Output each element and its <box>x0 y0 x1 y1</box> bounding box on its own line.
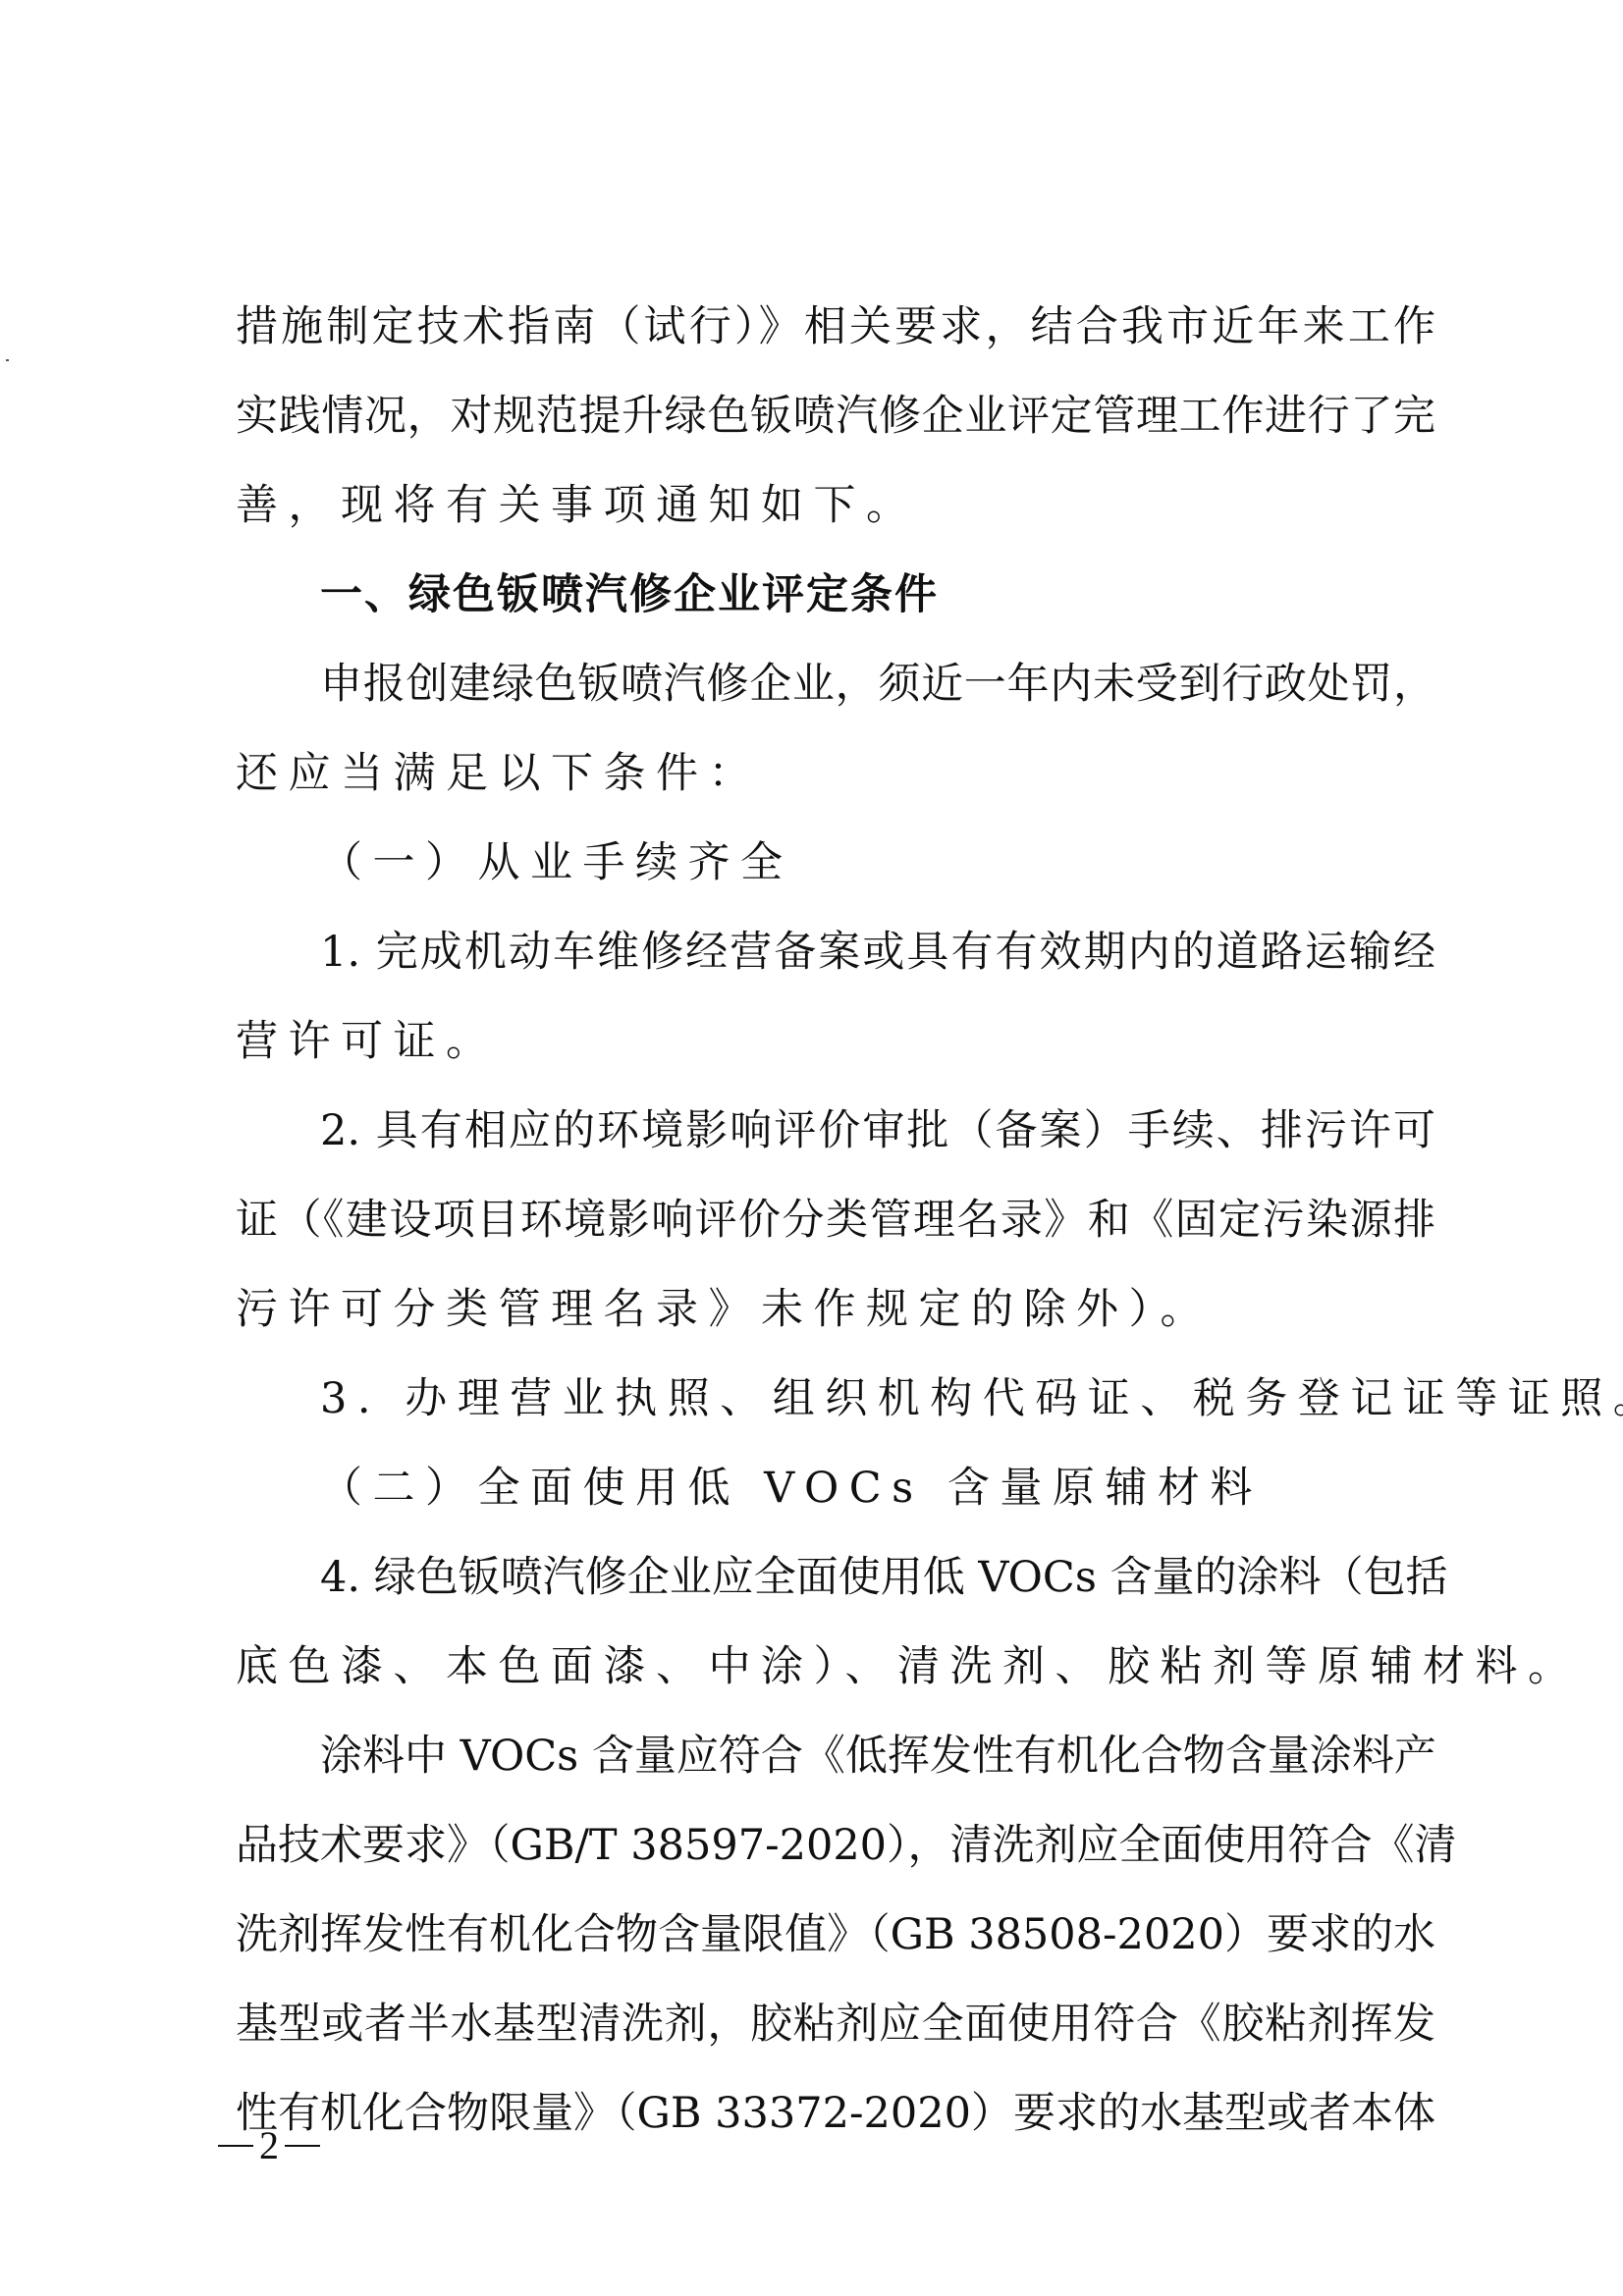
text-line: 底色漆、本色面漆、中涂）、清洗剂、胶粘剂等原辅材料。 <box>236 1623 1435 1712</box>
text-line: 洗剂挥发性有机化合物含量限值》（GB 38508-2020）要求的水 <box>236 1891 1435 1980</box>
document-page: 措施制定技术指南（试行）》相关要求，结合我市近年来工作 实践情况，对规范提升绿色… <box>0 0 1623 2296</box>
list-item-line: 4. 绿色钣喷汽修企业应全面使用低 VOCs 含量的涂料（包括 <box>236 1533 1435 1623</box>
text-line: 营许可证。 <box>236 997 1435 1087</box>
text-line: 申报创建绿色钣喷汽修企业，须近一年内未受到行政处罚， <box>236 640 1435 729</box>
text-line: 污许可分类管理名录》未作规定的除外）。 <box>236 1265 1435 1355</box>
scan-margin-mark <box>6 359 9 361</box>
subsection-heading: （一）从业手续齐全 <box>236 819 1435 908</box>
section-heading: 一、绿色钣喷汽修企业评定条件 <box>236 551 1435 640</box>
text-line: 品技术要求》（GB/T 38597-2020），清洗剂应全面使用符合《清 <box>236 1801 1435 1891</box>
list-item-line: 2. 具有相应的环境影响评价审批（备案）手续、排污许可 <box>236 1087 1435 1176</box>
text-line: 证（《建设项目环境影响评价分类管理名录》和《固定污染源排 <box>236 1176 1435 1265</box>
text-line: 性有机化合物限量》（GB 33372-2020）要求的水基型或者本体 <box>236 2069 1435 2159</box>
page-number-right-dash <box>285 2145 320 2147</box>
text-line: 基型或者半水基型清洗剂，胶粘剂应全面使用符合《胶粘剂挥发 <box>236 1980 1435 2069</box>
text-line: 实践情况，对规范提升绿色钣喷汽修企业评定管理工作进行了完 <box>236 372 1435 461</box>
page-number-footer: 2 <box>218 2122 320 2168</box>
text-line: 还应当满足以下条件： <box>236 729 1435 819</box>
page-number: 2 <box>259 2122 279 2168</box>
text-line: 措施制定技术指南（试行）》相关要求，结合我市近年来工作 <box>236 283 1435 372</box>
subsection-heading: （二）全面使用低 VOCs 含量原辅材料 <box>236 1444 1435 1533</box>
text-line: 善，现将有关事项通知如下。 <box>236 461 1435 551</box>
page-number-left-dash <box>218 2145 253 2147</box>
list-item-line: 3. 办理营业执照、组织机构代码证、税务登记证等证照。 <box>236 1355 1435 1444</box>
list-item-line: 1. 完成机动车维修经营备案或具有有效期内的道路运输经 <box>236 908 1435 997</box>
text-line: 涂料中 VOCs 含量应符合《低挥发性有机化合物含量涂料产 <box>236 1712 1435 1801</box>
document-body: 措施制定技术指南（试行）》相关要求，结合我市近年来工作 实践情况，对规范提升绿色… <box>236 283 1435 2159</box>
